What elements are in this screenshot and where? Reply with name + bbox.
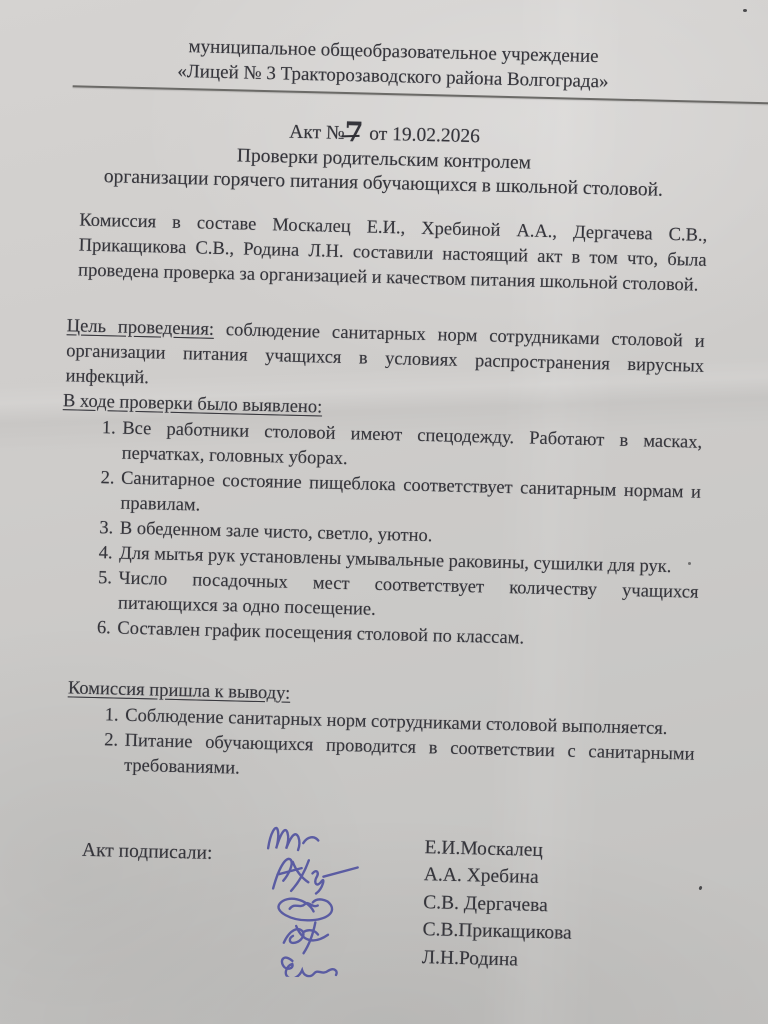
act-title-date: от 19.02.2026 (369, 123, 480, 147)
document-page: муниципальное общеобразовательное учрежд… (39, 31, 712, 986)
signing-section: Акт подписали: Е.И.Моска (39, 822, 692, 986)
signature-dergacheva (279, 898, 333, 921)
purpose-label: Цель проведения: (67, 316, 215, 340)
paper-speck (698, 886, 702, 891)
signature-prikashchikova (284, 921, 329, 953)
signature-rodina (282, 957, 337, 979)
act-title-prefix: Акт № (289, 121, 345, 143)
findings-list: Все работники столовой имеют спецодежду.… (47, 414, 702, 655)
signatory-name: А.А. Хребина (424, 861, 574, 892)
commission-intro-paragraph: Комиссия в составе Москалец Е.И., Хребин… (78, 208, 708, 298)
conclusion-list: Соблюдение санитарных норм сотрудниками … (44, 701, 696, 792)
handwritten-signatures-ink (255, 818, 383, 979)
signatory-name: С.В. Дергачева (423, 889, 573, 920)
title-block: Акт №7 от 19.02.2026 Проверки родительск… (58, 113, 710, 203)
photo-of-document: муниципальное общеобразовательное учрежд… (0, 0, 768, 1024)
act-number-handwritten: 7 (344, 122, 362, 142)
signature-khrebina (273, 858, 358, 894)
signatory-name: С.В.Прикащикова (422, 916, 572, 947)
signatory-name: Л.Н.Родина (422, 944, 572, 975)
signing-label: Акт подписали: (39, 822, 213, 974)
signature-moskalets (269, 827, 320, 850)
signatory-names-column: Е.И.Москалец А.А. Хребина С.В. Дергачева… (421, 832, 574, 984)
signatory-name: Е.И.Москалец (424, 834, 574, 865)
paper-speck (743, 9, 747, 12)
